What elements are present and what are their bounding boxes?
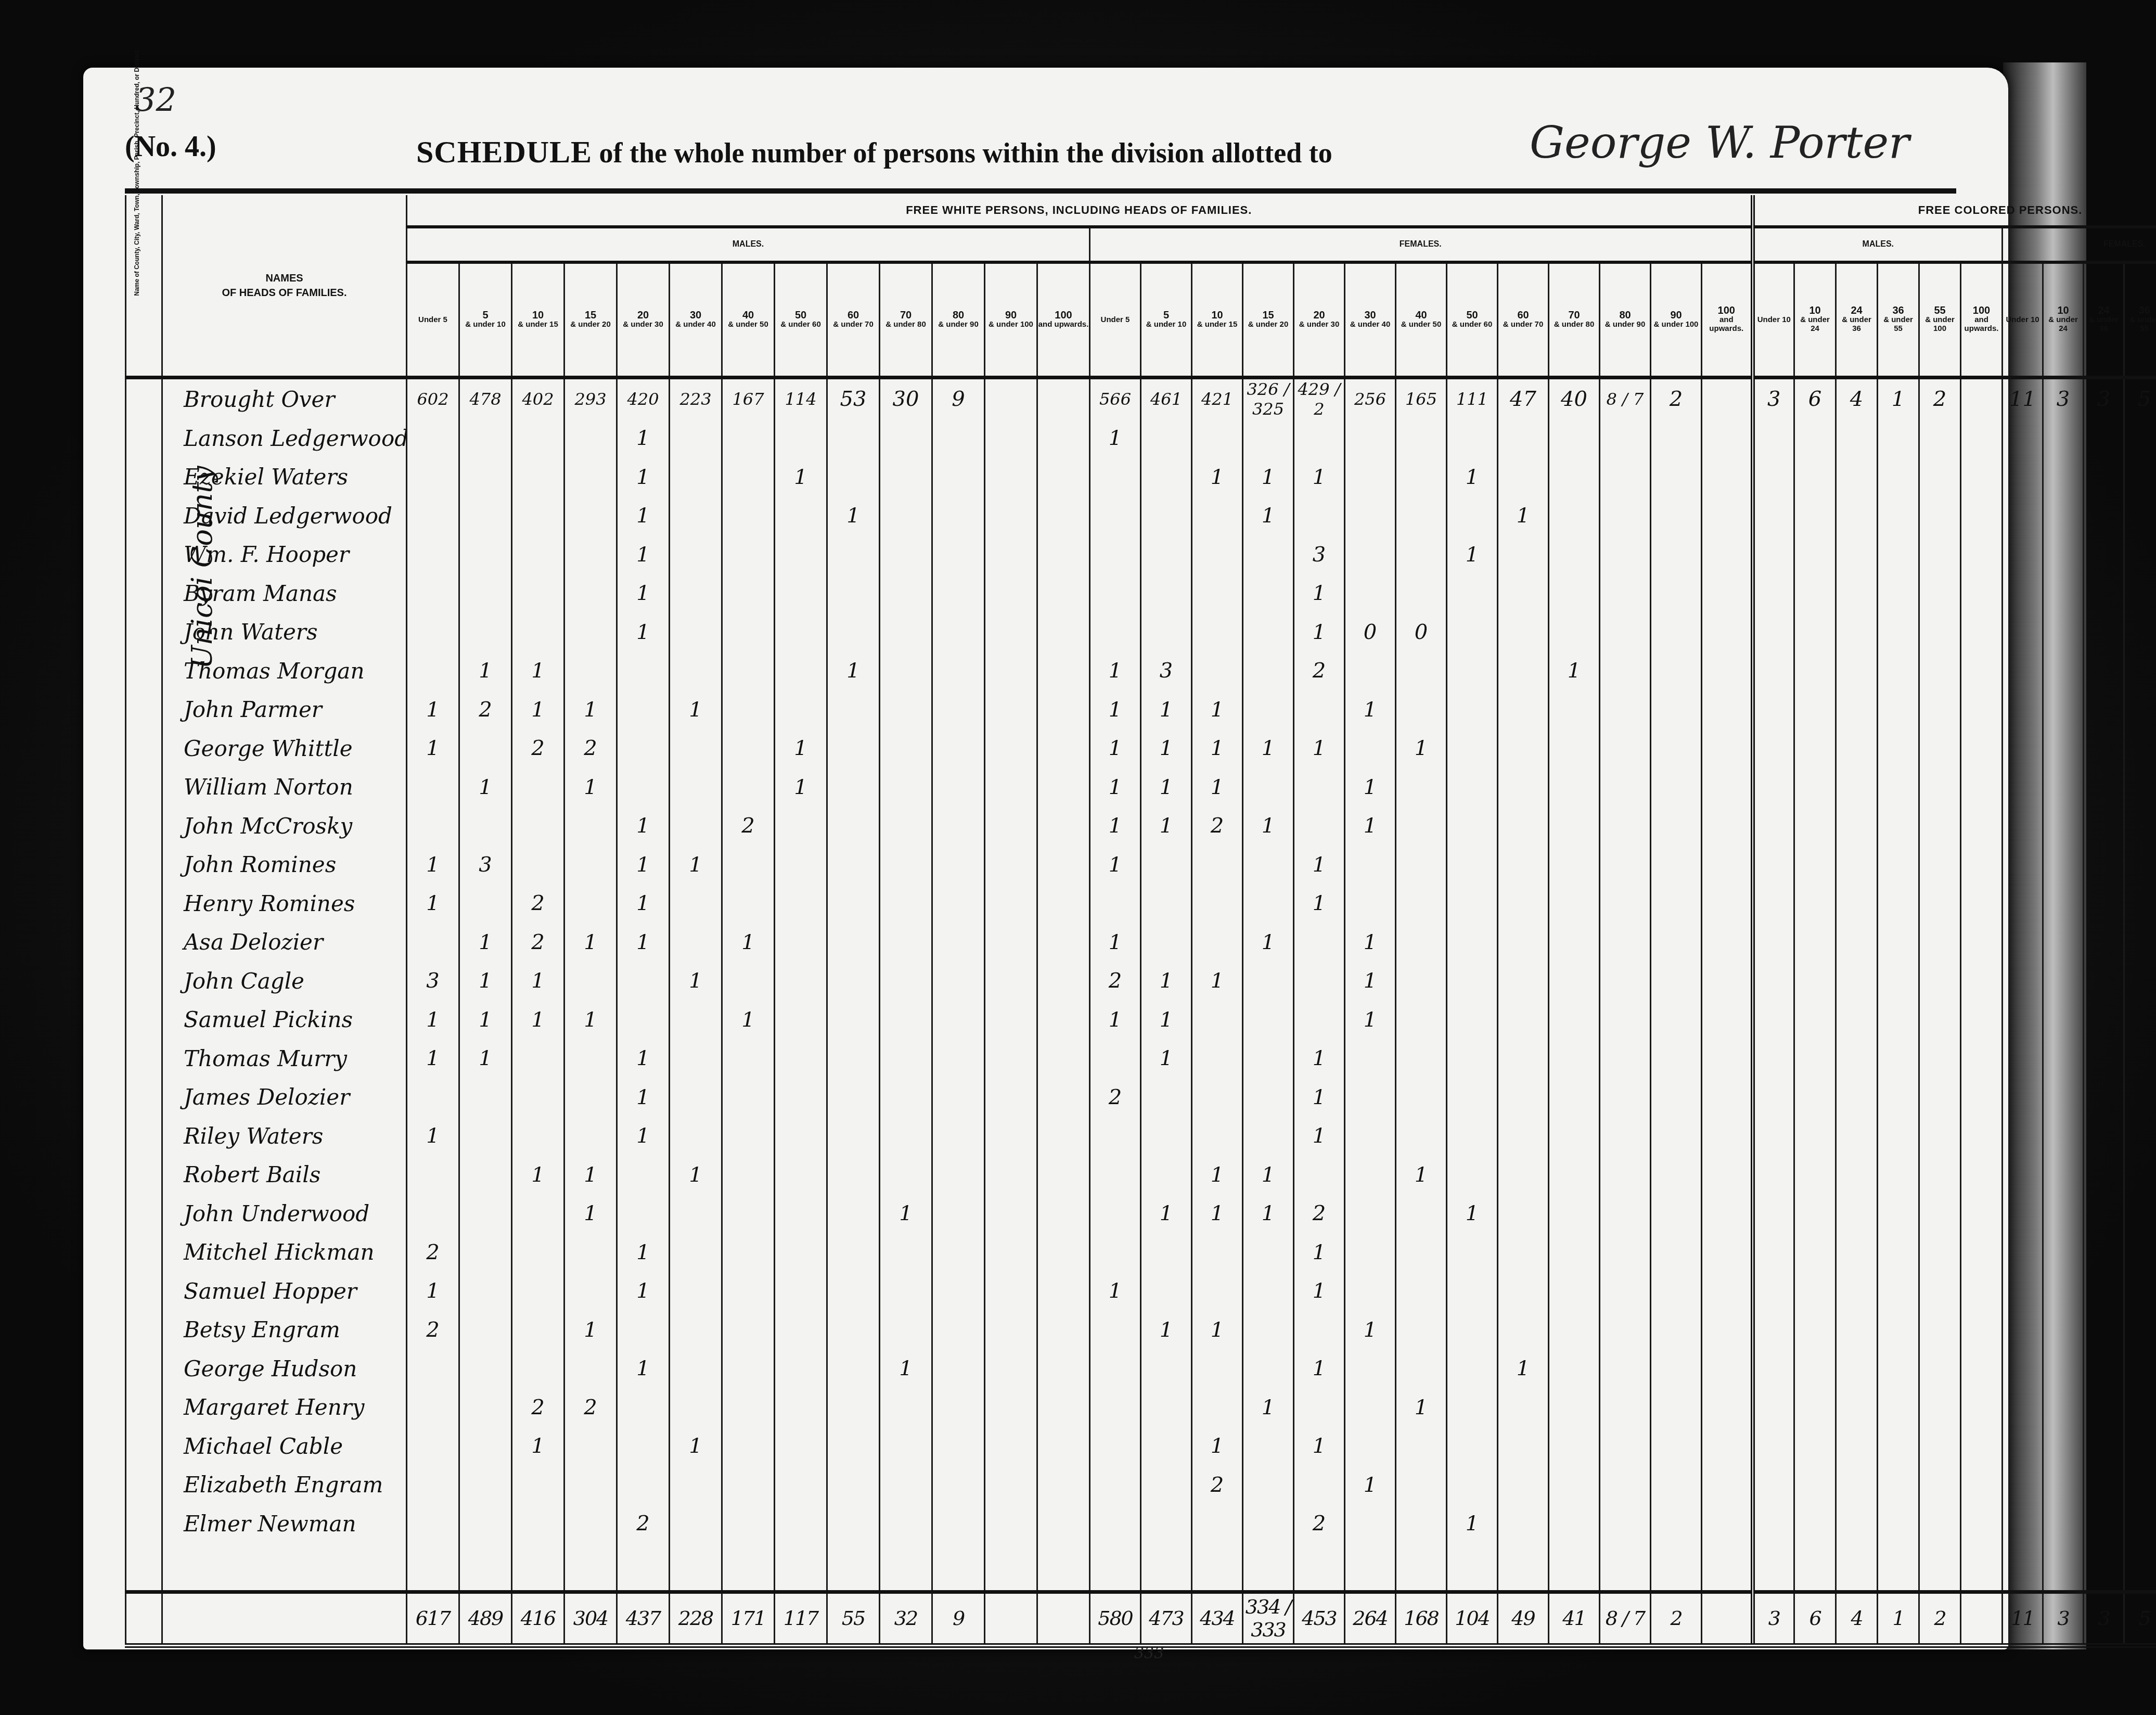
wf-count-cell xyxy=(1600,651,1651,690)
cm-count-cell xyxy=(1836,846,1878,885)
cm-count-cell xyxy=(1794,458,1836,497)
cm-count-cell xyxy=(1794,1194,1836,1233)
age-bottom: Under 10 xyxy=(1757,315,1791,324)
cm-count-cell xyxy=(1753,884,1794,923)
wf-count-cell xyxy=(1651,1504,1702,1543)
wm-count-cell xyxy=(985,419,1037,458)
wf-count-cell: 1 xyxy=(1090,729,1141,768)
wm-count-cell xyxy=(775,1001,827,1040)
blank-cell xyxy=(985,1543,1037,1592)
cf-count-cell xyxy=(2003,807,2043,846)
wf-count-cell xyxy=(1702,690,1753,729)
table-row: Ezekiel Waters111111 xyxy=(126,458,2156,497)
wm-count-cell xyxy=(564,1117,617,1156)
wm-count-cell xyxy=(564,458,617,497)
wm-count-cell: 1 xyxy=(512,1156,564,1195)
wm-count-cell xyxy=(775,574,827,613)
wm-count-cell xyxy=(722,496,775,535)
wf-count-cell xyxy=(1243,768,1294,807)
wm-count-cell xyxy=(407,807,459,846)
wf-count-cell xyxy=(1702,1272,1753,1311)
wf-count-cell: 1 xyxy=(1243,807,1294,846)
head-of-family-name: George Hudson xyxy=(162,1349,407,1388)
table-row: Wm. F. Hooper131 xyxy=(126,535,2156,574)
cm-count-cell xyxy=(1919,1078,1961,1117)
wm-count-cell xyxy=(459,1078,512,1117)
wm-count-cell xyxy=(512,574,564,613)
wm-count-cell xyxy=(827,1117,880,1156)
wm-count-cell xyxy=(722,1388,775,1427)
wf-count-cell xyxy=(1498,1272,1549,1311)
wf-count-cell: 1 xyxy=(1294,458,1345,497)
table-row: Samuel Pickins11111111 xyxy=(126,1001,2156,1040)
wf-count-cell xyxy=(1447,1349,1498,1388)
wf-count-cell xyxy=(1447,690,1498,729)
wm-count-cell xyxy=(827,458,880,497)
wm-total-cell xyxy=(1037,1592,1090,1645)
cf-count-cell xyxy=(2124,1194,2156,1233)
wf-count-cell xyxy=(1141,535,1192,574)
totals-label-cell xyxy=(162,1592,407,1645)
wf-count-cell xyxy=(1549,1311,1600,1350)
wm-count-cell: 1 xyxy=(722,1001,775,1040)
wm-count-cell: 1 xyxy=(617,1233,670,1272)
head-of-family-name: John Underwood xyxy=(162,1194,407,1233)
cf-count-cell xyxy=(2003,1039,2043,1078)
wf-count-cell: 1 xyxy=(1192,1311,1243,1350)
wf-count-cell xyxy=(1549,923,1600,962)
cm-count-cell xyxy=(1836,1388,1878,1427)
cf-count-cell xyxy=(2084,962,2124,1001)
wf-count-cell xyxy=(1498,1233,1549,1272)
cm-count-cell xyxy=(1878,923,1919,962)
names-column-header: NAMES OF HEADS OF FAMILIES. xyxy=(162,195,407,378)
blank-cell xyxy=(617,1543,670,1592)
wm-count-cell xyxy=(985,1117,1037,1156)
wm-count-cell xyxy=(670,419,722,458)
wf-count-cell xyxy=(1243,962,1294,1001)
cm-count-cell xyxy=(1836,807,1878,846)
cm-count-cell xyxy=(1794,1039,1836,1078)
cm-count-cell xyxy=(1919,846,1961,885)
wf-count-cell xyxy=(1549,574,1600,613)
cm-count-cell xyxy=(1878,962,1919,1001)
wm-count-cell xyxy=(827,884,880,923)
wf-count-cell: 0 xyxy=(1345,613,1396,652)
wf-count-cell: 1 xyxy=(1141,729,1192,768)
wm-total-cell xyxy=(985,1592,1037,1645)
wf-count-cell xyxy=(1498,1504,1549,1543)
wm-count-cell: 1 xyxy=(617,1272,670,1311)
wf-count-cell: 1 xyxy=(1192,458,1243,497)
white-male-age-header: 15& under 20 xyxy=(564,262,617,378)
blank-cell xyxy=(1702,1543,1753,1592)
cm-count-cell xyxy=(1919,1233,1961,1272)
cm-count-cell xyxy=(1836,458,1878,497)
wm-count-cell xyxy=(617,690,670,729)
cf-count-cell xyxy=(2124,651,2156,690)
wf-count-cell: 1 xyxy=(1396,1388,1447,1427)
wf-count-cell xyxy=(1549,613,1600,652)
wm-total-cell: 437 xyxy=(617,1592,670,1645)
wf-count-cell xyxy=(1600,729,1651,768)
wf-count-cell xyxy=(1498,690,1549,729)
wm-count-cell xyxy=(459,1466,512,1505)
white-female-age-header: 15& under 20 xyxy=(1243,262,1294,378)
cm-count-cell xyxy=(1753,574,1794,613)
wm-count-cell xyxy=(1037,846,1090,885)
table-row: Henry Romines1211 xyxy=(126,884,2156,923)
wf-count-cell: 1 xyxy=(1090,651,1141,690)
wm-count-cell xyxy=(932,1388,985,1427)
wf-count-cell xyxy=(1651,768,1702,807)
cf-count-cell xyxy=(2043,1466,2084,1505)
white-male-age-header: 90& under 100 xyxy=(985,262,1037,378)
age-bottom: & under 36 xyxy=(2089,315,2119,333)
wf-count-cell xyxy=(1651,729,1702,768)
wm-count-cell: 1 xyxy=(459,962,512,1001)
wm-count-cell xyxy=(407,1078,459,1117)
wm-count-cell xyxy=(407,1504,459,1543)
white-female-age-header: 70& under 80 xyxy=(1549,262,1600,378)
wf-count-cell xyxy=(1090,458,1141,497)
wf-count-cell xyxy=(1702,1466,1753,1505)
cf-count-cell xyxy=(2084,768,2124,807)
cm-count-cell xyxy=(1961,729,2003,768)
wf-count-cell xyxy=(1651,1427,1702,1466)
wm-count-cell xyxy=(827,1156,880,1195)
wm-count-cell xyxy=(985,496,1037,535)
wf-count-cell xyxy=(1447,729,1498,768)
blank-cell xyxy=(1651,1543,1702,1592)
census-page: 32 (No. 4.) SCHEDULE of the whole number… xyxy=(83,68,2008,1649)
wm-count-cell xyxy=(880,846,932,885)
free-white-header: FREE WHITE PERSONS, INCLUDING HEADS OF F… xyxy=(407,195,1753,227)
wf-count-cell xyxy=(1090,1504,1141,1543)
cf-count-cell xyxy=(2124,1039,2156,1078)
wf-count-cell xyxy=(1192,1388,1243,1427)
wm-count-cell xyxy=(512,1039,564,1078)
wf-count-cell: 47 xyxy=(1498,378,1549,419)
cm-count-cell xyxy=(1878,807,1919,846)
wm-count-cell: 1 xyxy=(564,1311,617,1350)
wm-count-cell: 1 xyxy=(407,1117,459,1156)
wm-count-cell xyxy=(932,1504,985,1543)
white-female-age-header: 30& under 40 xyxy=(1345,262,1396,378)
cf-count-cell xyxy=(2084,1311,2124,1350)
wm-count-cell xyxy=(985,574,1037,613)
cm-count-cell xyxy=(1878,1117,1919,1156)
wf-count-cell xyxy=(1345,1156,1396,1195)
wf-count-cell xyxy=(1396,690,1447,729)
wm-count-cell xyxy=(932,458,985,497)
wf-count-cell xyxy=(1702,923,1753,962)
wf-count-cell xyxy=(1345,1427,1396,1466)
wf-count-cell xyxy=(1549,807,1600,846)
age-top: 30 xyxy=(670,311,721,320)
wf-count-cell xyxy=(1345,1272,1396,1311)
cf-count-cell xyxy=(2043,1311,2084,1350)
table-row: David Ledgerwood1111 xyxy=(126,496,2156,535)
cm-count-cell xyxy=(1836,690,1878,729)
blank-cell xyxy=(1549,1543,1600,1592)
wf-count-cell xyxy=(1498,1388,1549,1427)
wm-total-cell: 55 xyxy=(827,1592,880,1645)
cm-count-cell xyxy=(1878,1078,1919,1117)
wm-count-cell xyxy=(880,690,932,729)
wm-count-cell xyxy=(880,1272,932,1311)
cm-count-cell xyxy=(1878,1039,1919,1078)
cm-count-cell xyxy=(1794,419,1836,458)
blank-cell xyxy=(1836,1543,1878,1592)
cf-count-cell xyxy=(2043,962,2084,1001)
cm-count-cell xyxy=(1919,1156,1961,1195)
wm-count-cell: 1 xyxy=(564,923,617,962)
wm-count-cell: 2 xyxy=(617,1504,670,1543)
table-row: Mitchel Hickman211 xyxy=(126,1233,2156,1272)
head-of-family-name: John Romines xyxy=(162,846,407,885)
cm-count-cell xyxy=(1836,1117,1878,1156)
table-row: Asa Delozier12111111 xyxy=(126,923,2156,962)
table-row: William Norton1111111 xyxy=(126,768,2156,807)
wm-count-cell: 1 xyxy=(564,690,617,729)
cf-count-cell xyxy=(2043,1117,2084,1156)
white-females-header: FEMALES. xyxy=(1090,227,1753,262)
blank-cell xyxy=(1090,1543,1141,1592)
wf-count-cell xyxy=(1243,1001,1294,1040)
wf-count-cell xyxy=(1192,1504,1243,1543)
cf-count-cell xyxy=(2124,458,2156,497)
cm-count-cell xyxy=(1836,1039,1878,1078)
age-bottom: and upwards. xyxy=(1965,315,1999,333)
wm-count-cell xyxy=(985,1466,1037,1505)
wf-count-cell: 1 xyxy=(1345,1466,1396,1505)
wm-count-cell xyxy=(722,1427,775,1466)
cf-count-cell xyxy=(2043,496,2084,535)
wm-count-cell: 1 xyxy=(617,458,670,497)
wm-count-cell xyxy=(775,923,827,962)
wf-count-cell xyxy=(1141,613,1192,652)
wm-count-cell xyxy=(512,613,564,652)
cf-count-cell xyxy=(2043,923,2084,962)
white-male-age-header: 5& under 10 xyxy=(459,262,512,378)
age-top: 40 xyxy=(723,311,774,320)
age-bottom: & under 15 xyxy=(518,320,558,329)
head-of-family-name: Elizabeth Engram xyxy=(162,1466,407,1505)
cm-count-cell xyxy=(1753,923,1794,962)
wf-count-cell: 1 xyxy=(1294,1349,1345,1388)
wm-count-cell xyxy=(827,613,880,652)
wf-count-cell: 1 xyxy=(1294,846,1345,885)
wf-count-cell xyxy=(1498,962,1549,1001)
wf-count-cell xyxy=(1651,1156,1702,1195)
wf-count-cell xyxy=(1600,458,1651,497)
wm-count-cell xyxy=(827,1001,880,1040)
wm-count-cell xyxy=(985,1272,1037,1311)
wf-count-cell: 1 xyxy=(1090,768,1141,807)
wf-count-cell: 1 xyxy=(1090,923,1141,962)
wf-count-cell: 1 xyxy=(1243,729,1294,768)
cf-count-cell xyxy=(2084,574,2124,613)
wf-count-cell: 2 xyxy=(1294,1504,1345,1543)
margin-note: 333 xyxy=(1134,1644,1164,1662)
wm-count-cell xyxy=(880,1311,932,1350)
wf-count-cell xyxy=(1243,419,1294,458)
wm-count-cell: 1 xyxy=(880,1349,932,1388)
wm-count-cell xyxy=(827,923,880,962)
wf-count-cell xyxy=(1549,1388,1600,1427)
wm-count-cell xyxy=(1037,807,1090,846)
cm-count-cell xyxy=(1878,1427,1919,1466)
wm-count-cell xyxy=(722,458,775,497)
wm-count-cell xyxy=(775,846,827,885)
wm-count-cell xyxy=(827,1039,880,1078)
wf-count-cell xyxy=(1345,574,1396,613)
wm-count-cell xyxy=(722,729,775,768)
blank-cell xyxy=(512,1543,564,1592)
wm-count-cell xyxy=(459,1194,512,1233)
blank-row xyxy=(126,1543,2156,1592)
wm-count-cell xyxy=(827,962,880,1001)
wm-count-cell xyxy=(1037,1272,1090,1311)
wf-total-cell: 104 xyxy=(1447,1592,1498,1645)
wf-count-cell xyxy=(1141,1349,1192,1388)
age-bottom: & under 70 xyxy=(833,320,874,329)
wm-count-cell: 1 xyxy=(617,496,670,535)
cm-count-cell xyxy=(1794,1272,1836,1311)
cm-count-cell: 6 xyxy=(1794,378,1836,419)
table-row: Betsy Engram21111 xyxy=(126,1311,2156,1350)
age-bottom: & under 100 xyxy=(1925,315,1955,333)
cm-count-cell xyxy=(1878,496,1919,535)
wm-count-cell xyxy=(512,496,564,535)
wm-total-cell: 117 xyxy=(775,1592,827,1645)
wm-count-cell xyxy=(564,1272,617,1311)
cf-count-cell xyxy=(2043,1039,2084,1078)
cf-count-cell xyxy=(2124,807,2156,846)
cm-count-cell xyxy=(1794,1427,1836,1466)
cf-count-cell xyxy=(2084,1233,2124,1272)
wm-count-cell: 602 xyxy=(407,378,459,419)
county-note: Unicoi County xyxy=(186,466,219,669)
wf-count-cell xyxy=(1498,923,1549,962)
table-row: Lanson Ledgerwood11 xyxy=(126,419,2156,458)
wf-count-cell xyxy=(1498,1039,1549,1078)
cm-count-cell xyxy=(1794,1233,1836,1272)
wf-count-cell xyxy=(1141,419,1192,458)
cf-count-cell xyxy=(2043,419,2084,458)
wm-count-cell xyxy=(617,1466,670,1505)
wm-count-cell xyxy=(827,574,880,613)
wm-count-cell xyxy=(880,729,932,768)
cm-count-cell xyxy=(1878,1349,1919,1388)
wm-count-cell xyxy=(932,651,985,690)
age-top: 55 xyxy=(1920,306,1960,315)
wm-total-cell: 9 xyxy=(932,1592,985,1645)
wm-count-cell xyxy=(985,1427,1037,1466)
cf-count-cell xyxy=(2003,1156,2043,1195)
wm-count-cell xyxy=(670,651,722,690)
white-male-age-header: 20& under 30 xyxy=(617,262,670,378)
cf-count-cell xyxy=(2124,574,2156,613)
wm-count-cell xyxy=(512,1504,564,1543)
cf-count-cell xyxy=(2043,535,2084,574)
wm-count-cell xyxy=(985,1078,1037,1117)
blank-cell xyxy=(775,1543,827,1592)
wm-count-cell xyxy=(827,768,880,807)
wf-count-cell xyxy=(1549,1001,1600,1040)
age-top: 50 xyxy=(775,311,826,320)
wf-count-cell xyxy=(1702,574,1753,613)
wm-count-cell xyxy=(407,613,459,652)
wm-count-cell xyxy=(564,884,617,923)
cf-total-cell: 5 xyxy=(2124,1592,2156,1645)
wf-count-cell xyxy=(1243,1117,1294,1156)
cm-count-cell xyxy=(1919,496,1961,535)
head-of-family-name: Samuel Pickins xyxy=(162,1001,407,1040)
wm-count-cell xyxy=(722,535,775,574)
wf-count-cell xyxy=(1090,1427,1141,1466)
wm-count-cell xyxy=(564,574,617,613)
wm-count-cell xyxy=(407,458,459,497)
cm-count-cell xyxy=(1794,1311,1836,1350)
wm-count-cell xyxy=(670,535,722,574)
colored-male-age-header: 24& under 36 xyxy=(1836,262,1878,378)
blank-cell xyxy=(670,1543,722,1592)
cm-count-cell xyxy=(1878,419,1919,458)
wm-count-cell xyxy=(617,729,670,768)
wm-count-cell: 1 xyxy=(722,923,775,962)
wm-count-cell xyxy=(722,768,775,807)
wm-count-cell xyxy=(985,1001,1037,1040)
wf-count-cell xyxy=(1243,651,1294,690)
wf-count-cell xyxy=(1294,1156,1345,1195)
wf-count-cell xyxy=(1600,419,1651,458)
cf-count-cell xyxy=(2124,1001,2156,1040)
wm-count-cell xyxy=(407,574,459,613)
age-bottom: & under 15 xyxy=(1197,320,1238,329)
wf-total-cell: 580 xyxy=(1090,1592,1141,1645)
cm-count-cell xyxy=(1794,1388,1836,1427)
totals-place-cell xyxy=(126,1592,162,1645)
cm-count-cell xyxy=(1961,574,2003,613)
cm-count-cell xyxy=(1919,1427,1961,1466)
white-female-age-header: 5& under 10 xyxy=(1141,262,1192,378)
wm-count-cell xyxy=(670,923,722,962)
wf-count-cell: 461 xyxy=(1141,378,1192,419)
wm-count-cell xyxy=(670,496,722,535)
wf-count-cell xyxy=(1345,846,1396,885)
cf-count-cell xyxy=(2003,1466,2043,1505)
wm-count-cell xyxy=(880,1504,932,1543)
wf-count-cell xyxy=(1396,1504,1447,1543)
cm-count-cell xyxy=(1753,768,1794,807)
wm-count-cell xyxy=(617,1194,670,1233)
blank-cell xyxy=(407,1543,459,1592)
wm-count-cell: 1 xyxy=(827,496,880,535)
cf-count-cell xyxy=(2043,846,2084,885)
wf-count-cell xyxy=(1651,923,1702,962)
white-female-age-header: 80& under 90 xyxy=(1600,262,1651,378)
wm-count-cell xyxy=(670,1194,722,1233)
age-bottom: & under 24 xyxy=(1800,315,1830,333)
cf-count-cell xyxy=(2124,923,2156,962)
page-number: 32 xyxy=(135,81,176,119)
wf-count-cell: 2 xyxy=(1192,807,1243,846)
wf-count-cell: 1 xyxy=(1192,768,1243,807)
wf-count-cell: 1 xyxy=(1141,1001,1192,1040)
wf-count-cell xyxy=(1600,1078,1651,1117)
